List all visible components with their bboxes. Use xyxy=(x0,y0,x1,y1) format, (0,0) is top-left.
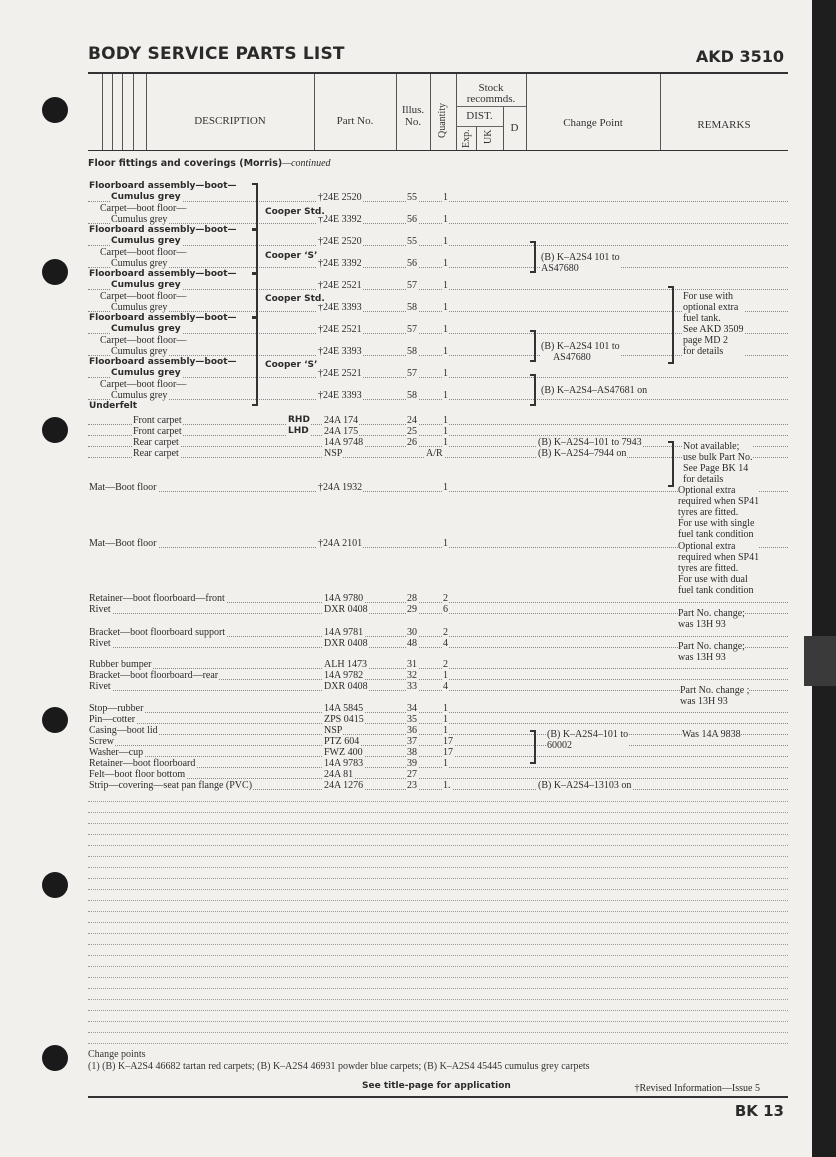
part-description: Floorboard assembly—boot— xyxy=(88,225,238,236)
col-uk: UK xyxy=(483,130,494,144)
table-row: Carpet—boot floor— xyxy=(88,379,788,390)
quantity: 17 xyxy=(442,747,454,758)
change-point: (B) K–A2S4–101 to 7943 xyxy=(537,437,643,448)
part-number: †24E 3393 xyxy=(317,346,363,357)
blank-entry-line xyxy=(88,911,788,912)
punch-hole xyxy=(42,872,68,898)
stock-rule xyxy=(456,106,526,107)
part-description: Rear carpet xyxy=(132,437,180,448)
column-rule xyxy=(430,74,431,150)
punch-hole xyxy=(42,1045,68,1071)
part-number: 14A 9780 xyxy=(323,593,364,604)
part-description: Carpet—boot floor— xyxy=(99,379,187,390)
illus-number: 34 xyxy=(406,703,418,714)
bracket xyxy=(252,272,258,319)
page-title: BODY SERVICE PARTS LIST xyxy=(88,44,345,64)
remark: Optional extra required when SP41 tyres … xyxy=(678,485,759,540)
column-rule xyxy=(133,74,134,150)
quantity: 1 xyxy=(442,390,449,401)
quantity: 1 xyxy=(442,302,449,313)
quantity: 1 xyxy=(442,415,449,426)
column-rule xyxy=(660,74,661,150)
part-number: ZPS 0415 xyxy=(323,714,365,725)
illus-number: 24 xyxy=(406,415,418,426)
quantity: 4 xyxy=(442,681,449,692)
illus-number: 58 xyxy=(406,346,418,357)
scan-edge xyxy=(812,0,836,1157)
quantity: 2 xyxy=(442,627,449,638)
part-number: 14A 9781 xyxy=(323,627,364,638)
column-rule xyxy=(476,126,477,150)
part-number: †24E 3393 xyxy=(317,390,363,401)
part-description: Bracket—boot floorboard support xyxy=(88,627,226,638)
part-number: †24E 2521 xyxy=(317,368,363,379)
part-number: 24A 81 xyxy=(323,769,354,780)
page-number: BK 13 xyxy=(735,1102,784,1120)
part-description: Cumulus grey xyxy=(110,302,168,313)
blank-entry-line xyxy=(88,812,788,813)
part-description: Mat—Boot floor xyxy=(88,482,158,493)
part-number: PTZ 604 xyxy=(323,736,360,747)
quantity: 6 xyxy=(442,604,449,615)
table-row: Cumulus grey†24E 2521571 xyxy=(88,368,788,379)
part-description: Cumulus grey xyxy=(110,324,182,335)
quantity: 1 xyxy=(442,280,449,291)
part-number: 24A 174 xyxy=(323,415,359,426)
index-tab xyxy=(804,636,836,686)
table-row: Pin—cotterZPS 0415351 xyxy=(88,714,788,725)
dist-rule xyxy=(456,126,503,127)
quantity: 1 xyxy=(442,368,449,379)
quantity: 1 xyxy=(442,703,449,714)
illus-number: 55 xyxy=(406,192,418,203)
part-description: Front carpet xyxy=(132,415,183,426)
table-row: Retainer—boot floorboard14A 9783391 xyxy=(88,758,788,769)
col-dist: DIST. xyxy=(456,110,503,122)
remark: Part No. change; was 13H 93 xyxy=(678,608,745,630)
blank-entry-line xyxy=(88,823,788,824)
part-description: Cumulus grey xyxy=(110,390,168,401)
table-row: Floorboard assembly—boot— xyxy=(88,269,788,280)
illus-number: 27 xyxy=(406,769,418,780)
part-description: Floorboard assembly—boot— xyxy=(88,313,238,324)
illus-number: 32 xyxy=(406,670,418,681)
table-row: Felt—boot floor bottom24A 8127 xyxy=(88,769,788,780)
bracket xyxy=(252,316,258,406)
illus-number: 29 xyxy=(406,604,418,615)
illus-number: 56 xyxy=(406,214,418,225)
bracket xyxy=(530,330,536,362)
part-description: Rear carpet xyxy=(132,448,180,459)
part-description: Cumulus grey xyxy=(110,346,168,357)
blank-entry-line xyxy=(88,966,788,967)
illus-number: 33 xyxy=(406,681,418,692)
part-description: Rivet xyxy=(88,604,112,615)
table-row: Cumulus grey†24E 2520551 xyxy=(88,192,788,203)
bracket xyxy=(252,183,258,231)
part-number: 14A 9782 xyxy=(323,670,364,681)
hand-drive-tag: RHD xyxy=(287,415,311,426)
bracket xyxy=(530,241,536,273)
remark: For use with optional extra fuel tank. S… xyxy=(683,291,744,357)
illus-number: 57 xyxy=(406,324,418,335)
punch-hole xyxy=(42,417,68,443)
part-description: Carpet—boot floor— xyxy=(99,247,187,258)
blank-entry-line xyxy=(88,944,788,945)
parts-list-page: BODY SERVICE PARTS LIST AKD 3510 DESCRIP… xyxy=(0,0,812,1157)
column-rule xyxy=(102,74,103,150)
table-row: Carpet—boot floor— xyxy=(88,203,788,214)
part-description: Strip—covering—seat pan flange (PVC) xyxy=(88,780,253,791)
table-row: Carpet—boot floor— xyxy=(88,247,788,258)
illus-number: 28 xyxy=(406,593,418,604)
change-point-remark: Was 14A 9838 xyxy=(682,729,741,740)
table-row: Cumulus grey†24E 3393581 xyxy=(88,390,788,401)
part-number: †24E 2520 xyxy=(317,236,363,247)
document-code: AKD 3510 xyxy=(696,47,784,66)
column-rule xyxy=(112,74,113,150)
blank-entry-line xyxy=(88,922,788,923)
col-description: DESCRIPTION xyxy=(146,115,314,127)
change-point: (B) K–A2S4–7944 on xyxy=(537,448,627,459)
hand-drive-tag: LHD xyxy=(287,426,310,437)
quantity: 17 xyxy=(442,736,454,747)
quantity: 2 xyxy=(442,659,449,670)
group-label: Cooper ‘S’ xyxy=(265,251,317,261)
change-points-title: Change points xyxy=(88,1049,146,1060)
quantity: 1 xyxy=(442,538,449,549)
part-description: Stop—rubber xyxy=(88,703,144,714)
part-description: Carpet—boot floor— xyxy=(99,291,187,302)
col-illus-no: No. xyxy=(396,116,430,128)
punch-hole xyxy=(42,707,68,733)
part-number: †24A 1932 xyxy=(317,482,363,493)
part-number: 14A 9783 xyxy=(323,758,364,769)
table-row: Cumulus grey†24E 2520551 xyxy=(88,236,788,247)
table-row: Floorboard assembly—boot— xyxy=(88,225,788,236)
part-description: Floorboard assembly—boot— xyxy=(88,357,238,368)
illus-number: 58 xyxy=(406,302,418,313)
part-description: Rivet xyxy=(88,638,112,649)
illus-number: 26 xyxy=(406,437,418,448)
part-description: Cumulus grey xyxy=(110,214,168,225)
table-row: Bracket—boot floorboard—rear14A 9782321 xyxy=(88,670,788,681)
part-number: †24E 2520 xyxy=(317,192,363,203)
part-number: †24E 2521 xyxy=(317,324,363,335)
quantity: 1 xyxy=(442,258,449,269)
part-number: †24A 2101 xyxy=(317,538,363,549)
quantity: 2 xyxy=(442,593,449,604)
quantity: 1 xyxy=(442,192,449,203)
illus-number: 31 xyxy=(406,659,418,670)
quantity: 1 xyxy=(442,236,449,247)
illus-number: 25 xyxy=(406,426,418,437)
illus-number: 57 xyxy=(406,280,418,291)
blank-entry-line xyxy=(88,977,788,978)
section-title: Floor fittings and coverings (Morris) xyxy=(88,158,282,169)
col-change-point: Change Point xyxy=(526,117,660,129)
part-description: Floorboard assembly—boot— xyxy=(88,269,238,280)
quantity: 1 xyxy=(442,324,449,335)
table-row: Washer—cupFWZ 4003817 xyxy=(88,747,788,758)
quantity: A/R xyxy=(425,448,444,459)
col-d: D xyxy=(503,122,526,134)
part-number: 14A 9748 xyxy=(323,437,364,448)
quantity: 1 xyxy=(442,426,449,437)
quantity: 1 xyxy=(442,346,449,357)
illus-number: 23 xyxy=(406,780,418,791)
quantity: 1 xyxy=(442,714,449,725)
bracket xyxy=(668,441,674,487)
part-description: Front carpet xyxy=(132,426,183,437)
group-label: Cooper Std. xyxy=(265,207,325,217)
quantity: 1 xyxy=(442,670,449,681)
remark: Part No. change; was 13H 93 xyxy=(678,641,745,663)
illus-number: 30 xyxy=(406,627,418,638)
col-part-no: Part No. xyxy=(314,115,396,127)
table-row: Strip—covering—seat pan flange (PVC)24A … xyxy=(88,780,788,791)
part-description: Underfelt xyxy=(88,401,138,412)
table-row: Front carpetRHD24A 174241 xyxy=(88,415,788,426)
quantity: 1 xyxy=(442,214,449,225)
part-number: 14A 5845 xyxy=(323,703,364,714)
blank-entry-line xyxy=(88,1043,788,1044)
bracket xyxy=(668,286,674,364)
section-heading: Floor fittings and coverings (Morris)—co… xyxy=(88,158,331,169)
blank-entry-line xyxy=(88,878,788,879)
blank-entry-line xyxy=(88,889,788,890)
part-description: Screw xyxy=(88,736,115,747)
bracket xyxy=(530,730,536,764)
part-number: †24E 2521 xyxy=(317,280,363,291)
table-row: Floorboard assembly—boot— xyxy=(88,181,788,192)
illus-number: 48 xyxy=(406,638,418,649)
blank-entry-line xyxy=(88,801,788,802)
application-note: See title-page for application xyxy=(362,1081,511,1091)
change-point: (B) K–A2S4 101 to AS47680 xyxy=(541,341,620,363)
table-row: Cumulus grey†24E 2521571 xyxy=(88,280,788,291)
col-quantity: Quantity xyxy=(437,103,448,138)
part-description: Felt—boot floor bottom xyxy=(88,769,186,780)
illus-number: 56 xyxy=(406,258,418,269)
part-description: Carpet—boot floor— xyxy=(99,203,187,214)
blank-entry-line xyxy=(88,1010,788,1011)
blank-entry-line xyxy=(88,988,788,989)
part-description: Cumulus grey xyxy=(110,236,182,247)
punch-hole xyxy=(42,259,68,285)
remark: Optional extra required when SP41 tyres … xyxy=(678,541,759,596)
bracket xyxy=(530,374,536,406)
blank-entry-line xyxy=(88,845,788,846)
quantity: 4 xyxy=(442,638,449,649)
change-points-text: (1) (B) K–A2S4 46682 tartan red carpets;… xyxy=(88,1061,590,1072)
part-description: Pin—cotter xyxy=(88,714,136,725)
part-description: Carpet—boot floor— xyxy=(99,335,187,346)
blank-entry-line xyxy=(88,1032,788,1033)
blank-entry-line xyxy=(88,834,788,835)
table-row: Front carpetLHD24A 175251 xyxy=(88,426,788,437)
part-description: Cumulus grey xyxy=(110,368,182,379)
part-number: DXR 0408 xyxy=(323,681,369,692)
remark: Not available; use bulk Part No. See Pag… xyxy=(683,441,752,485)
quantity: 1. xyxy=(442,780,452,791)
illus-number: 58 xyxy=(406,390,418,401)
illus-number: 38 xyxy=(406,747,418,758)
part-description: Retainer—boot floorboard xyxy=(88,758,196,769)
illus-number: 55 xyxy=(406,236,418,247)
col-stock-recommds: recommds. xyxy=(456,93,526,105)
quantity: 1 xyxy=(442,482,449,493)
header-top-rule xyxy=(88,72,788,74)
part-number: NSP xyxy=(323,448,343,459)
part-description: Cumulus grey xyxy=(110,258,168,269)
part-description: Bracket—boot floorboard—rear xyxy=(88,670,219,681)
part-description: Rubber bumper xyxy=(88,659,153,670)
blank-entry-line xyxy=(88,900,788,901)
blank-entry-line xyxy=(88,856,788,857)
blank-entry-line xyxy=(88,1021,788,1022)
blank-entry-line xyxy=(88,999,788,1000)
part-number: NSP xyxy=(323,725,343,736)
part-description: Casing—boot lid xyxy=(88,725,159,736)
header-bottom-rule xyxy=(88,150,788,151)
column-rule xyxy=(526,74,527,150)
group-label: Cooper Std. xyxy=(265,294,325,304)
part-number: 24A 175 xyxy=(323,426,359,437)
quantity: 1 xyxy=(442,758,449,769)
change-point: (B) K–A2S4–13103 on xyxy=(537,780,632,791)
column-rule xyxy=(122,74,123,150)
footer-rule xyxy=(88,1096,788,1098)
blank-entry-line xyxy=(88,933,788,934)
part-description: Retainer—boot floorboard—front xyxy=(88,593,226,604)
part-number: 24A 1276 xyxy=(323,780,364,791)
part-description: Rivet xyxy=(88,681,112,692)
illus-number: 39 xyxy=(406,758,418,769)
col-exp: Exp. xyxy=(461,129,472,148)
bracket xyxy=(252,228,258,275)
section-suffix: —continued xyxy=(282,158,330,169)
illus-number: 37 xyxy=(406,736,418,747)
change-point: (B) K–A2S4–101 to 60002 xyxy=(547,729,628,751)
part-number: DXR 0408 xyxy=(323,638,369,649)
blank-entry-line xyxy=(88,867,788,868)
part-description: Mat—Boot floor xyxy=(88,538,158,549)
column-rule xyxy=(314,74,315,150)
quantity: 1 xyxy=(442,725,449,736)
part-number: ALH 1473 xyxy=(323,659,368,670)
part-description: Washer—cup xyxy=(88,747,144,758)
table-row: Floorboard assembly—boot— xyxy=(88,357,788,368)
illus-number: 35 xyxy=(406,714,418,725)
table-row: Cumulus grey†24E 3392561 xyxy=(88,258,788,269)
remark: Part No. change ; was 13H 93 xyxy=(680,685,749,707)
part-number: FWZ 400 xyxy=(323,747,364,758)
part-description: Cumulus grey xyxy=(110,192,182,203)
change-point: (B) K–A2S4–AS47681 on xyxy=(541,385,647,396)
part-number: DXR 0408 xyxy=(323,604,369,615)
part-number: †24E 3392 xyxy=(317,258,363,269)
blank-entry-line xyxy=(88,955,788,956)
table-row: Cumulus grey†24E 3392561 xyxy=(88,214,788,225)
change-point: (B) K–A2S4 101 to AS47680 xyxy=(541,252,620,274)
column-rule xyxy=(146,74,147,150)
quantity: 1 xyxy=(442,437,449,448)
group-label: Cooper ‘S’ xyxy=(265,360,317,370)
illus-number: 36 xyxy=(406,725,418,736)
part-description: Floorboard assembly—boot— xyxy=(88,181,238,192)
revised-note: †Revised Information—Issue 5 xyxy=(634,1083,760,1094)
col-remarks: REMARKS xyxy=(660,119,788,131)
illus-number: 57 xyxy=(406,368,418,379)
table-row: Underfelt xyxy=(88,401,788,412)
part-description: Cumulus grey xyxy=(110,280,182,291)
punch-hole xyxy=(42,97,68,123)
col-illus: Illus. xyxy=(396,104,430,116)
